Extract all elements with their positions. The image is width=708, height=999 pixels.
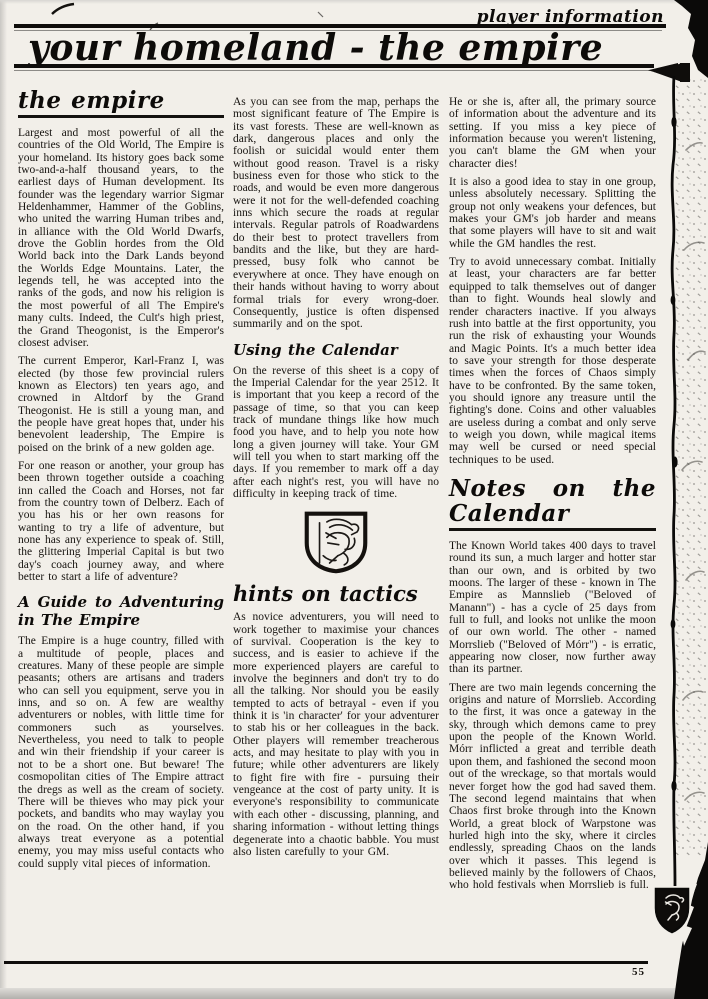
paragraph: Largest and most powerful of all the cou…	[18, 127, 224, 349]
page-title: your homeland - the empire	[28, 27, 648, 69]
section-heading-rule	[18, 115, 224, 118]
paragraph: He or she is, after all, the primary sou…	[449, 96, 656, 170]
paragraph: There are two main legends concerning th…	[449, 682, 656, 892]
griffon-shield-emblem-icon	[652, 886, 692, 936]
paragraph: Try to avoid unnecessary combat. Initial…	[449, 256, 656, 466]
paragraph: The current Emperor, Karl-Franz I, was e…	[18, 355, 224, 454]
footer-rule	[4, 961, 648, 964]
griffon-shield-icon	[299, 510, 373, 574]
title-rule-shadow	[14, 70, 650, 71]
scanned-book-page: player information your homeland - the e…	[0, 0, 708, 999]
section-heading-rule	[449, 528, 656, 531]
column-left: the empire Largest and most powerful of …	[18, 88, 224, 876]
paragraph: On the reverse of this sheet is a copy o…	[233, 365, 439, 501]
paragraph: As novice adventurers, you will need to …	[233, 611, 439, 858]
scan-shadow-bottom	[0, 988, 708, 999]
page-number: 55	[632, 966, 645, 978]
paragraph: It is also a good idea to stay in one gr…	[449, 176, 656, 250]
section-heading-notes-calendar: Notes on the Calendar	[449, 476, 656, 526]
paragraph: The Known World takes 400 days to travel…	[449, 540, 656, 676]
section-heading-using-calendar: Using the Calendar	[233, 341, 439, 359]
scan-edge-shadow-left	[0, 0, 7, 999]
column-right: He or she is, after all, the primary sou…	[449, 88, 656, 898]
column-middle: As you can see from the map, perhaps the…	[233, 88, 439, 864]
paragraph: For one reason or another, your group ha…	[18, 460, 224, 583]
section-heading-the-empire: the empire	[18, 88, 224, 113]
section-heading-guide: A Guide to Adventuring in The Empire	[18, 593, 224, 629]
paragraph: The Empire is a huge country, filled wit…	[18, 635, 224, 870]
title-rule	[14, 64, 654, 68]
section-heading-tactics: hints on tactics	[233, 582, 439, 605]
paragraph: As you can see from the map, perhaps the…	[233, 96, 439, 331]
torn-page-edge-decoration	[648, 0, 708, 999]
